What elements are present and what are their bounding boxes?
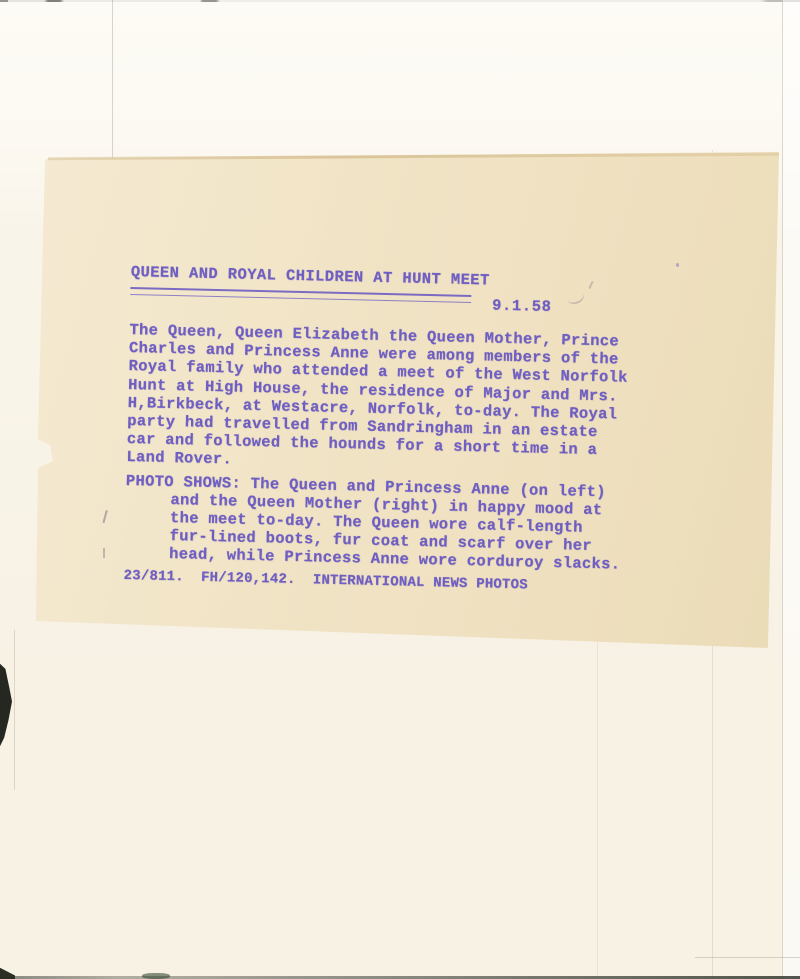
top-edge-shadow [0,0,800,2]
caption-body-paragraph: The Queen, Queen Elizabeth the Queen Mot… [126,321,729,481]
paper-crease-line [14,630,15,790]
paper-tear-mark [0,662,12,748]
date-stamp: 9.1.58 [492,297,552,316]
photo-backing-page: QUEEN AND ROYAL CHILDREN AT HUNT MEET 9.… [0,0,800,979]
photo-shows-paragraph: PHOTO SHOWS: The Queen and Princess Anne… [124,472,726,577]
paper-crease-line [112,0,113,158]
bottom-edge-smudge [142,973,170,979]
paper-crease-line [695,957,800,958]
headline-underline [130,287,471,303]
right-edge-strip [782,0,800,979]
typed-caption-block: QUEEN AND ROYAL CHILDREN AT HUNT MEET 9.… [123,263,730,599]
paper-crease-line [597,628,598,979]
bottom-corner-shadow [0,965,15,979]
